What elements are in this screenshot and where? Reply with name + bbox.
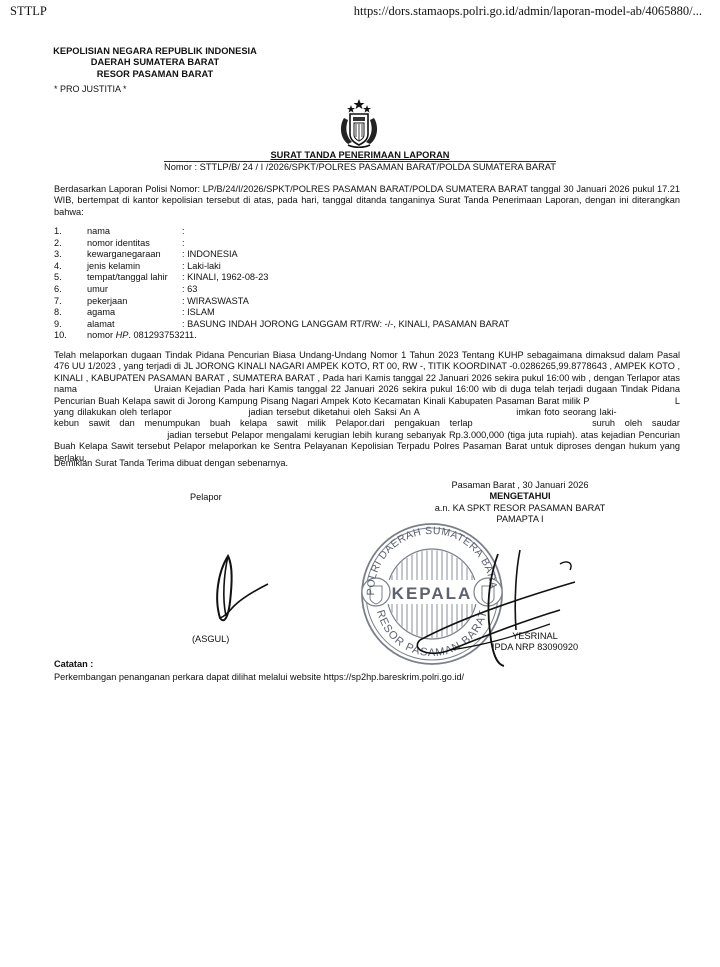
identity-number: 2. [54, 238, 87, 250]
identity-row: 1.nama: [54, 226, 509, 238]
note-block: Catatan : Perkembangan penanganan perkar… [54, 658, 464, 684]
on-behalf-label: a.n. KA SPKT RESOR PASAMAN BARAT [400, 503, 640, 514]
identity-row: 2.nomor identitas: [54, 238, 509, 250]
identity-label: nama [87, 226, 182, 238]
identity-row: 4.jenis kelamin: Laki-laki [54, 261, 509, 273]
document-number: Nomor : STTLP/B/ 24 / I /2026/SPKT/POLRE… [164, 161, 556, 173]
identity-row: 9.alamat: BASUNG INDAH JORONG LANGGAM RT… [54, 319, 509, 331]
identity-value: : Laki-laki [182, 261, 221, 273]
narrative-part-2: Uraian Kejadian Pada hari Kamis tanggal … [54, 384, 680, 405]
identity-number: 9. [54, 319, 87, 331]
identity-list: 1.nama:2.nomor identitas:3.kewarganegara… [54, 226, 509, 342]
identity-label: alamat [87, 319, 182, 331]
identity-value: : [182, 226, 185, 238]
polri-emblem-icon [336, 98, 382, 150]
identity-value: : 63 [182, 284, 197, 296]
identity-value: : KINALI, 1962-08-23 [182, 272, 268, 284]
narrative-part-5: imkan foto seorang laki- [516, 407, 616, 417]
agency-header: KEPOLISIAN NEGARA REPUBLIK INDONESIA DAE… [40, 46, 270, 80]
place-date: Pasaman Barat , 30 Januari 2026 [400, 480, 640, 491]
phone-label: nomor HP. 081293753211. [87, 330, 197, 342]
agency-line-2: DAERAH SUMATERA BARAT [40, 57, 270, 68]
identity-number: 5. [54, 272, 87, 284]
note-label: Catatan : [54, 658, 464, 671]
identity-value: : ISLAM [182, 307, 215, 319]
document-title-block: SURAT TANDA PENERIMAAN LAPORAN Nomor : S… [0, 150, 720, 173]
pro-justitia: * PRO JUSTITIA * [54, 84, 127, 94]
reporter-label: Pelapor [190, 492, 222, 502]
identity-number: 1. [54, 226, 87, 238]
intro-paragraph: Berdasarkan Laporan Polisi Nomor: LP/B/2… [54, 184, 680, 218]
identity-row-phone: 10.nomor HP. 081293753211. [54, 330, 509, 342]
reporter-name: (ASGUL) [192, 634, 229, 644]
identity-number: 3. [54, 249, 87, 261]
identity-number: 6. [54, 284, 87, 296]
identity-label: nomor identitas [87, 238, 182, 250]
acknowledged-label: MENGETAHUI [400, 491, 640, 502]
identity-number: 8. [54, 307, 87, 319]
identity-number: 7. [54, 296, 87, 308]
identity-row: 6.umur: 63 [54, 284, 509, 296]
agency-line-3: RESOR PASAMAN BARAT [40, 69, 270, 80]
identity-label: pekerjaan [87, 296, 182, 308]
identity-label: agama [87, 307, 182, 319]
closing-statement: Demikian Surat Tanda Terima dibuat denga… [54, 458, 680, 469]
narrative-paragraph: Telah melaporkan dugaan Tindak Pidana Pe… [54, 350, 680, 464]
narrative-part-4: jadian tersebut diketahui oleh Saksi An … [249, 407, 420, 417]
agency-line-1: KEPOLISIAN NEGARA REPUBLIK INDONESIA [40, 46, 270, 57]
identity-row: 7.pekerjaan: WIRASWASTA [54, 296, 509, 308]
identity-label: tempat/tanggal lahir [87, 272, 182, 284]
document-title: SURAT TANDA PENERIMAAN LAPORAN [0, 150, 720, 161]
narrative-part-7: suruh oleh saudar [592, 418, 680, 428]
identity-value: : BASUNG INDAH JORONG LANGGAM RT/RW: -/-… [182, 319, 509, 331]
reporter-signature-icon [200, 552, 280, 634]
identity-number: 4. [54, 261, 87, 273]
narrative-part-6: kebun sawit dan menumpukan buah kelapa s… [54, 418, 473, 428]
identity-label: jenis kelamin [87, 261, 182, 273]
identity-label: kewarganegaraan [87, 249, 182, 261]
identity-value: : INDONESIA [182, 249, 238, 261]
identity-label: umur [87, 284, 182, 296]
note-text: Perkembangan penanganan perkara dapat di… [54, 671, 464, 684]
identity-row: 3.kewarganegaraan: INDONESIA [54, 249, 509, 261]
officer-signature-icon [390, 540, 580, 670]
document-page: KEPOLISIAN NEGARA REPUBLIK INDONESIA DAE… [0, 0, 720, 967]
identity-row: 5.tempat/tanggal lahir: KINALI, 1962-08-… [54, 272, 509, 284]
identity-number: 10. [54, 330, 87, 342]
identity-value: : [182, 238, 185, 250]
identity-row: 8.agama: ISLAM [54, 307, 509, 319]
identity-value: : WIRASWASTA [182, 296, 249, 308]
